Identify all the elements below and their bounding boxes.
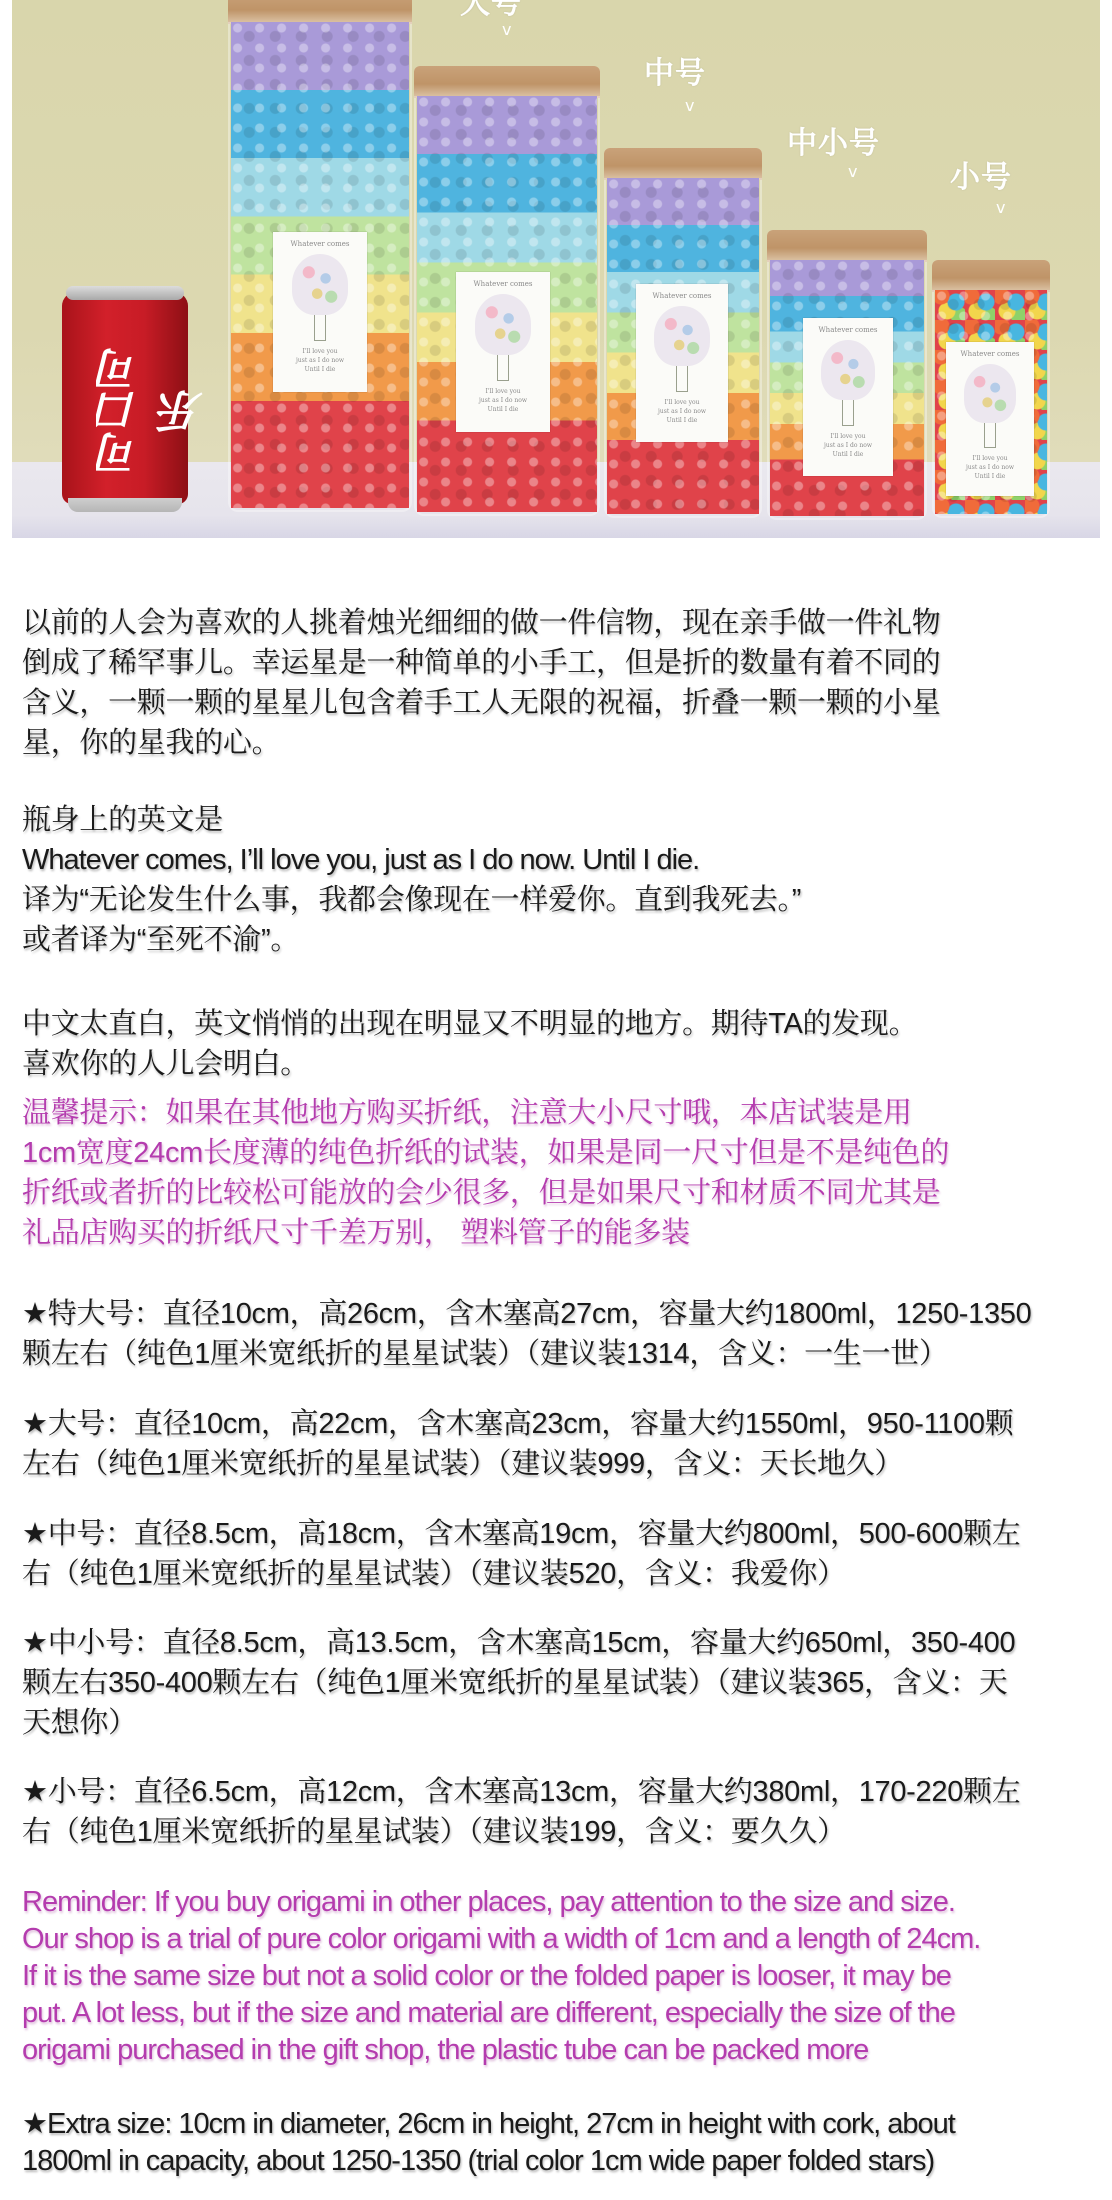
product-photo: 大号 v 中号 v 中小号 v 小号 v 可口可乐 Whatever comes… [12, 0, 1100, 538]
closing-paragraph: 中文太直白，英文悄悄的出现在明显又不明显的地方。期待TA的发现。 喜欢你的人儿会… [22, 1004, 1102, 1084]
size-spec-extra-large-en: ★Extra size: 10cm in diameter, 26cm in h… [22, 2105, 1102, 2180]
down-arrow-icon: v [502, 20, 511, 39]
jar-card: Whatever comes I'll love you just as I d… [456, 272, 550, 432]
intro-paragraph: 以前的人会为喜欢的人挑着烛光细细的做一件信物，现在亲手做一件礼物 倒成了稀罕事儿… [22, 603, 1102, 763]
cork-lid [604, 148, 762, 180]
size-spec-medium: ★中号：直径8.5cm，高18cm，含木塞高19cm，容量大约800ml，500… [22, 1513, 1102, 1594]
jar-medium: Whatever comes I'll love you just as I d… [604, 148, 762, 518]
star-icon: ★ [22, 1406, 48, 1440]
bottle-english-quote: Whatever comes, I’ll love you, just as I… [22, 840, 1102, 880]
jar-medium-small: Whatever comes I'll love you just as I d… [767, 230, 927, 520]
jar-card: Whatever comes I'll love you just as I d… [636, 284, 728, 442]
size-label-large: 大号 [460, 0, 522, 22]
size-spec-small: ★小号：直径6.5cm，高12cm，含木塞高13cm，容量大约380ml，170… [22, 1771, 1102, 1852]
jar-extra-large: Whatever comes I'll love you just as I d… [228, 0, 412, 512]
jar-card: Whatever comes I'll love you just as I d… [273, 232, 367, 392]
size-label-medium-small: 中小号 [787, 118, 880, 162]
cola-logo: 可口可乐 [90, 332, 150, 492]
star-icon: ★ [22, 1774, 48, 1808]
down-arrow-icon: v [848, 162, 857, 181]
star-icon: ★ [22, 1516, 48, 1550]
cork-lid [228, 0, 412, 24]
cola-can: 可口可乐 [62, 292, 188, 504]
cork-lid [414, 66, 600, 98]
bouquet-illustration [475, 294, 531, 355]
star-icon: ★ [22, 2106, 47, 2140]
jar-card: Whatever comes I'll love you just as I d… [803, 318, 893, 476]
cork-lid [932, 260, 1050, 292]
star-icon: ★ [22, 1625, 48, 1659]
size-spec-large: ★大号：直径10cm，高22cm，含木塞高23cm，容量大约1550ml，950… [22, 1403, 1102, 1484]
jar-small: Whatever comes I'll love you just as I d… [932, 260, 1050, 518]
down-arrow-icon: v [685, 96, 694, 115]
size-label-small: 小号 [950, 152, 1012, 196]
bottle-translation-alt: 或者译为“至死不渝”。 [22, 920, 1102, 960]
bottle-text-heading: 瓶身上的英文是 [22, 800, 1102, 840]
bouquet-illustration [654, 306, 709, 366]
bottle-text-section: 瓶身上的英文是 Whatever comes, I’ll love you, j… [22, 800, 1102, 960]
bouquet-illustration [964, 364, 1017, 423]
down-arrow-icon: v [996, 198, 1005, 217]
cork-lid [767, 230, 927, 262]
bouquet-illustration [292, 254, 348, 315]
reminder-en: Reminder: If you buy origami in other pl… [22, 1884, 1102, 2069]
bouquet-illustration [821, 340, 875, 400]
bottle-translation: 译为“无论发生什么事，我都会像现在一样爱你。直到我死去。” [22, 880, 1102, 920]
star-icon: ★ [22, 1296, 48, 1330]
size-spec-extra-large: ★特大号：直径10cm，高26cm，含木塞高27cm，容量大约1800ml，12… [22, 1293, 1102, 1374]
size-label-medium: 中号 [644, 48, 706, 92]
size-spec-medium-small: ★中小号：直径8.5cm，高13.5cm，含木塞高15cm，容量大约650ml，… [22, 1622, 1102, 1743]
reminder-cn: 温馨提示：如果在其他地方购买折纸，注意大小尺寸哦，本店试装是用 1cm宽度24c… [22, 1093, 1102, 1253]
jar-large: Whatever comes I'll love you just as I d… [414, 66, 600, 516]
jar-card: Whatever comes I'll love you just as I d… [946, 342, 1034, 496]
